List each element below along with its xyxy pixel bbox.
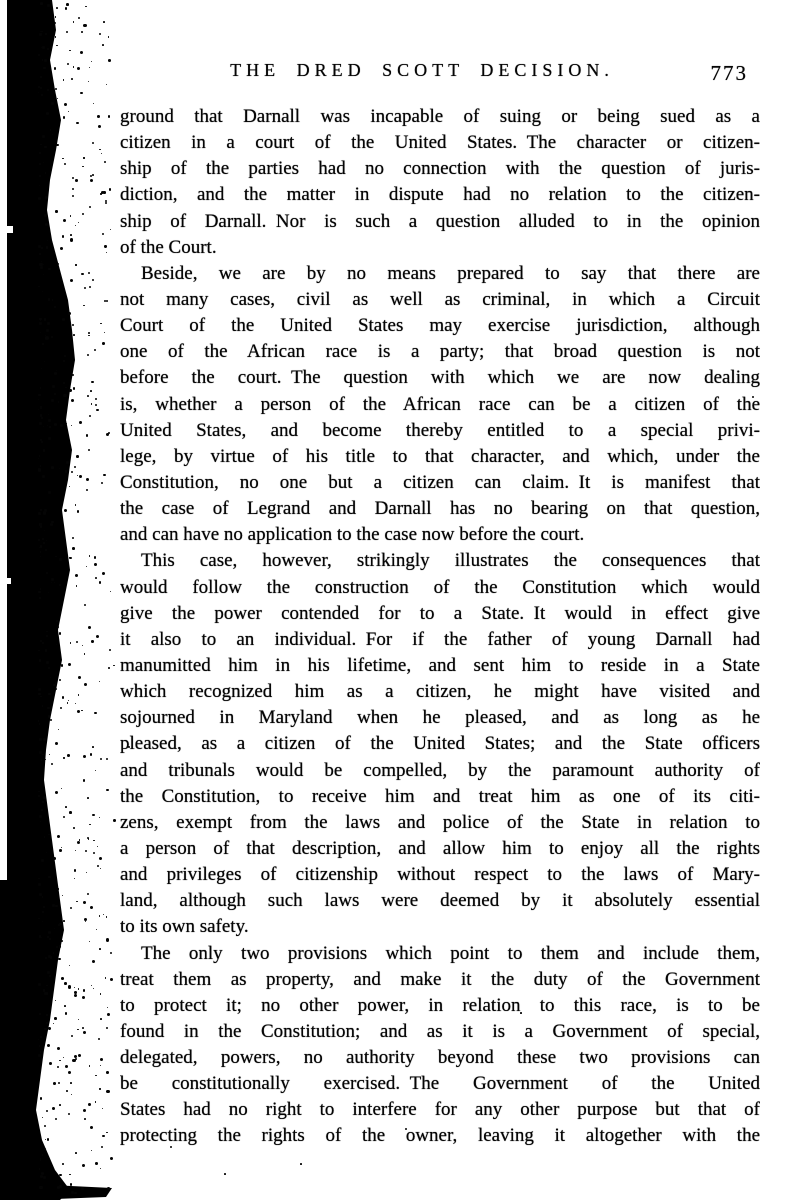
ink-speck xyxy=(47,707,49,709)
ink-speck xyxy=(98,125,101,128)
ink-speck xyxy=(101,153,102,154)
ink-speck xyxy=(93,840,95,842)
ink-speck xyxy=(57,98,58,99)
ink-speck xyxy=(44,59,47,62)
ink-speck xyxy=(78,694,79,695)
ink-speck xyxy=(101,1146,103,1148)
ink-speck xyxy=(40,509,42,511)
ink-speck xyxy=(108,115,111,118)
ink-speck xyxy=(74,994,77,997)
ink-speck xyxy=(88,626,91,629)
ink-speck xyxy=(48,414,50,416)
text-line: and privileges of citizenship without re… xyxy=(120,862,760,888)
ink-speck xyxy=(38,983,41,986)
ink-speck xyxy=(41,809,44,812)
ink-speck xyxy=(95,398,98,401)
ink-speck xyxy=(83,989,86,992)
ink-speck xyxy=(86,872,88,874)
ink-speck xyxy=(103,191,106,194)
ink-speck xyxy=(59,849,62,852)
ink-speck xyxy=(102,572,105,575)
ink-speck xyxy=(66,1090,68,1092)
scan-white-notch xyxy=(0,578,11,584)
ink-speck xyxy=(40,406,42,408)
ink-speck xyxy=(64,982,67,985)
ink-speck xyxy=(39,318,42,321)
ink-speck xyxy=(53,857,56,860)
ink-speck xyxy=(49,938,51,940)
ink-speck xyxy=(62,235,65,238)
ink-speck xyxy=(51,102,54,105)
ink-speck xyxy=(69,557,70,558)
ink-speck xyxy=(102,342,105,345)
ink-speck xyxy=(39,523,41,525)
ink-speck xyxy=(48,298,51,301)
text-line: give the power contended for to a State.… xyxy=(120,601,760,627)
ink-speck xyxy=(74,1192,77,1195)
ink-speck xyxy=(74,869,76,871)
ink-speck xyxy=(45,33,47,35)
ink-speck xyxy=(39,175,41,177)
ink-speck xyxy=(42,642,45,645)
ink-speck xyxy=(48,931,50,933)
ink-speck xyxy=(91,1150,92,1151)
ink-speck xyxy=(44,509,47,512)
ink-speck xyxy=(41,1172,44,1175)
ink-speck xyxy=(106,252,108,254)
ink-speck xyxy=(44,530,45,531)
ink-speck xyxy=(76,901,77,902)
ink-speck xyxy=(51,466,54,469)
ink-speck xyxy=(100,1058,103,1061)
text-line: manumitted him in his lifetime, and sent… xyxy=(120,653,760,679)
ink-speck xyxy=(59,1104,61,1106)
ink-speck xyxy=(73,66,75,68)
ink-speck xyxy=(40,821,41,822)
ink-speck xyxy=(48,955,51,958)
ink-speck xyxy=(45,172,47,174)
ink-speck xyxy=(58,729,59,730)
ink-speck xyxy=(39,322,42,325)
ink-speck xyxy=(110,591,111,592)
ink-speck xyxy=(75,504,77,506)
ink-speck xyxy=(39,253,41,255)
ink-speck xyxy=(106,84,107,85)
ink-speck xyxy=(99,915,101,917)
ink-speck xyxy=(54,423,57,426)
text-line: Constitution, no one but a citizen can c… xyxy=(120,470,760,496)
ink-speck xyxy=(55,791,58,794)
ink-speck xyxy=(91,61,92,62)
ink-speck xyxy=(73,827,75,829)
ink-speck xyxy=(47,971,50,974)
ink-speck xyxy=(42,801,43,802)
ink-speck xyxy=(75,264,76,265)
ink-speck xyxy=(42,896,44,898)
ink-speck xyxy=(51,578,54,581)
ink-speck xyxy=(40,1187,41,1188)
ink-speck xyxy=(52,1107,55,1110)
ink-speck xyxy=(74,1055,77,1058)
ink-speck xyxy=(90,179,93,182)
ink-speck xyxy=(58,888,60,890)
ink-speck xyxy=(56,946,58,948)
ink-speck xyxy=(59,679,61,681)
ink-speck xyxy=(42,59,44,61)
ink-speck xyxy=(40,465,42,467)
ink-speck xyxy=(78,1054,81,1057)
ink-speck xyxy=(107,1090,108,1091)
ink-speck xyxy=(77,841,80,844)
ink-speck xyxy=(87,837,89,839)
ink-speck xyxy=(104,332,105,333)
ink-speck xyxy=(39,455,40,456)
ink-speck xyxy=(94,563,97,566)
ink-speck xyxy=(63,382,66,385)
ink-speck xyxy=(87,395,89,397)
ink-speck xyxy=(40,1175,43,1178)
ink-speck xyxy=(104,245,106,247)
ink-speck xyxy=(81,1187,84,1190)
ink-speck xyxy=(62,895,63,896)
ink-speck xyxy=(106,758,108,760)
ink-speck xyxy=(76,641,78,643)
ink-speck xyxy=(42,46,45,49)
ink-speck xyxy=(42,135,45,138)
ink-speck xyxy=(48,834,49,835)
ink-speck xyxy=(87,893,89,895)
ink-speck xyxy=(48,693,51,696)
ink-speck xyxy=(47,240,48,241)
ink-speck xyxy=(39,893,42,896)
ink-speck xyxy=(59,558,62,561)
ink-speck xyxy=(53,952,54,953)
ink-speck xyxy=(65,387,67,389)
ink-speck xyxy=(40,144,42,146)
text-line: and tribunals would be compelled, by the… xyxy=(120,758,760,784)
text-line: be constitutionally exercised. The Gover… xyxy=(120,1071,760,1097)
ink-speck xyxy=(61,977,64,980)
ink-speck xyxy=(83,305,85,307)
ink-speck xyxy=(91,381,94,384)
ink-speck xyxy=(82,1027,84,1029)
ink-speck xyxy=(100,1168,101,1169)
ink-speck xyxy=(51,763,53,765)
text-line: land, although such laws were deemed by … xyxy=(120,888,760,914)
text-line: zens, exempt from the laws and police of… xyxy=(120,810,760,836)
ink-speck xyxy=(105,202,107,204)
ink-speck xyxy=(98,1038,100,1040)
ink-speck xyxy=(54,928,55,929)
ink-speck xyxy=(41,47,42,48)
ink-speck xyxy=(42,911,45,914)
ink-speck xyxy=(89,1065,91,1067)
ink-speck xyxy=(79,421,82,424)
ink-speck xyxy=(75,703,76,704)
ink-speck xyxy=(87,354,89,356)
ink-speck xyxy=(38,286,40,288)
ink-speck xyxy=(44,1148,46,1150)
ink-speck xyxy=(110,229,112,231)
ink-speck xyxy=(99,857,102,860)
ink-speck xyxy=(43,426,44,427)
ink-speck xyxy=(90,753,92,755)
ink-speck xyxy=(45,549,47,551)
ink-speck xyxy=(100,758,102,760)
ink-speck xyxy=(110,952,112,954)
ink-speck xyxy=(49,975,52,978)
ink-speck xyxy=(70,279,73,282)
ink-speck xyxy=(79,475,82,478)
ink-speck xyxy=(72,188,74,190)
ink-speck xyxy=(82,645,83,646)
ink-speck xyxy=(59,632,62,635)
ink-speck xyxy=(40,87,42,89)
ink-speck xyxy=(76,455,79,458)
ink-speck xyxy=(40,76,42,78)
ink-speck xyxy=(49,754,50,755)
ink-speck xyxy=(90,175,93,178)
ink-speck xyxy=(84,604,86,606)
ink-speck xyxy=(57,1066,59,1068)
ink-speck xyxy=(59,468,61,470)
ink-speck xyxy=(48,419,51,422)
ink-speck xyxy=(71,78,73,80)
ink-speck xyxy=(60,707,63,710)
ink-speck xyxy=(92,174,94,176)
ink-speck xyxy=(43,264,44,265)
ink-speck xyxy=(72,1059,75,1062)
text-line: would follow the construction of the Con… xyxy=(120,575,760,601)
ink-speck xyxy=(40,556,41,557)
ink-speck xyxy=(44,361,45,362)
ink-speck xyxy=(54,306,56,308)
ink-speck xyxy=(66,3,69,6)
page-title: THE DRED SCOTT DECISION. xyxy=(102,60,742,81)
ink-speck xyxy=(77,710,80,713)
ink-speck xyxy=(105,977,106,978)
ink-speck xyxy=(39,33,42,36)
ink-speck xyxy=(81,710,82,711)
ink-speck xyxy=(41,33,43,35)
ink-speck xyxy=(48,667,50,669)
ink-speck xyxy=(65,1065,68,1068)
ink-speck xyxy=(76,122,79,125)
paragraph: Beside, we are by no means prepared to s… xyxy=(120,261,760,549)
ink-speck xyxy=(70,642,72,644)
ink-speck xyxy=(62,1163,64,1165)
ink-speck xyxy=(59,584,61,586)
ink-speck xyxy=(101,482,103,484)
text-line: This case, however, strikingly illustrat… xyxy=(120,548,760,574)
ink-speck xyxy=(38,512,41,515)
ink-speck xyxy=(57,626,59,628)
ink-speck xyxy=(52,904,55,907)
ink-speck xyxy=(56,144,59,147)
ink-speck xyxy=(57,1047,60,1050)
ink-speck xyxy=(39,547,41,549)
ink-speck xyxy=(61,940,63,942)
ink-speck xyxy=(94,556,97,559)
ink-speck xyxy=(63,1057,64,1058)
ink-speck xyxy=(38,650,40,652)
ink-speck xyxy=(38,197,41,200)
ink-speck xyxy=(42,921,44,923)
ink-speck xyxy=(63,360,65,362)
ink-speck xyxy=(86,566,87,567)
ink-speck xyxy=(46,852,47,853)
ink-speck xyxy=(55,682,56,683)
ink-speck xyxy=(38,539,40,541)
ink-speck xyxy=(40,387,42,389)
ink-speck xyxy=(91,985,92,986)
ink-speck xyxy=(107,1013,110,1016)
ink-speck xyxy=(92,960,95,963)
ink-speck xyxy=(38,1054,41,1057)
ink-speck xyxy=(51,521,54,524)
ink-speck xyxy=(93,988,95,990)
ink-speck xyxy=(40,414,43,417)
ink-speck xyxy=(48,592,49,593)
ink-speck xyxy=(40,2,43,5)
paragraph: This case, however, strikingly illustrat… xyxy=(120,548,760,940)
ink-speck xyxy=(99,817,101,819)
ink-speck xyxy=(89,941,90,942)
ink-speck xyxy=(102,44,104,46)
ink-speck xyxy=(42,291,44,293)
ink-speck xyxy=(55,210,57,212)
ink-speck xyxy=(39,1013,41,1015)
page-number: 773 xyxy=(711,61,749,86)
text-line: treat them as property, and make it the … xyxy=(120,967,760,993)
ink-speck xyxy=(109,188,112,191)
text-line: one of the African race is a party; that… xyxy=(120,339,760,365)
ink-speck xyxy=(70,907,72,909)
ink-speck xyxy=(64,1005,66,1007)
ink-speck xyxy=(104,300,106,302)
ink-speck xyxy=(78,988,79,989)
ink-speck xyxy=(71,399,74,402)
ink-speck xyxy=(41,441,43,443)
ink-speck xyxy=(47,89,49,91)
ink-speck xyxy=(56,45,58,47)
ink-speck xyxy=(69,965,70,966)
ink-speck xyxy=(99,149,101,151)
ink-speck xyxy=(38,720,39,721)
ink-speck xyxy=(100,193,101,194)
ink-speck xyxy=(40,1160,41,1161)
ink-speck xyxy=(40,1036,42,1038)
ink-speck xyxy=(63,757,64,758)
ink-speck xyxy=(80,92,82,94)
ink-speck xyxy=(95,770,96,771)
ink-speck xyxy=(41,759,43,761)
ink-speck xyxy=(72,177,75,180)
ink-speck xyxy=(62,158,64,160)
ink-speck xyxy=(69,557,72,560)
ink-speck xyxy=(92,279,94,281)
ink-speck xyxy=(70,1082,72,1084)
ink-speck xyxy=(50,719,52,721)
ink-speck xyxy=(91,403,93,405)
ink-speck xyxy=(56,620,58,622)
ink-speck xyxy=(46,985,48,987)
ink-speck xyxy=(52,385,55,388)
ink-speck xyxy=(46,635,48,637)
ink-speck xyxy=(92,142,94,144)
ink-speck xyxy=(64,509,67,512)
ink-speck xyxy=(72,537,74,539)
ink-speck xyxy=(55,556,56,557)
ink-speck xyxy=(43,989,46,992)
ink-speck xyxy=(42,538,44,540)
ink-speck xyxy=(83,24,86,27)
ink-speck xyxy=(39,815,42,818)
ink-speck xyxy=(48,437,51,440)
text-line: ship of Darnall. Nor is such a question … xyxy=(120,209,760,235)
ink-speck xyxy=(84,1118,86,1120)
ink-speck xyxy=(90,1126,93,1129)
ink-speck xyxy=(71,1094,72,1095)
ink-speck xyxy=(45,649,47,651)
ink-speck xyxy=(40,266,43,269)
text-line: which recognized him as a citizen, he mi… xyxy=(120,679,760,705)
ink-speck xyxy=(39,597,41,599)
ink-speck xyxy=(39,185,40,186)
ink-speck xyxy=(96,635,99,638)
ink-speck xyxy=(41,859,44,862)
ink-speck xyxy=(104,161,106,163)
ink-speck xyxy=(38,468,39,469)
ink-speck xyxy=(38,688,41,691)
ink-speck xyxy=(43,274,44,275)
ink-speck xyxy=(42,754,44,756)
text-line: to protect it; no other power, in relati… xyxy=(120,993,760,1019)
ink-speck xyxy=(95,1075,97,1077)
ink-speck xyxy=(52,134,53,135)
ink-speck xyxy=(88,838,90,840)
ink-speck xyxy=(41,417,43,419)
ink-speck xyxy=(100,1065,101,1066)
ink-speck xyxy=(108,432,110,434)
ink-speck xyxy=(84,287,86,289)
ink-speck xyxy=(40,640,42,642)
ink-speck xyxy=(85,6,87,8)
ink-speck xyxy=(90,390,92,392)
ink-speck xyxy=(67,702,69,704)
ink-speck xyxy=(66,423,67,424)
ink-speck xyxy=(38,591,41,594)
ink-speck xyxy=(74,991,77,994)
ink-speck xyxy=(85,921,87,923)
ink-speck xyxy=(74,878,75,879)
ink-speck xyxy=(39,152,41,154)
ink-speck xyxy=(100,323,102,325)
ink-speck xyxy=(46,329,49,332)
ink-speck xyxy=(69,389,71,391)
ink-speck xyxy=(106,433,109,436)
ink-speck xyxy=(83,1109,86,1112)
ink-speck xyxy=(65,1012,67,1014)
ink-speck xyxy=(78,222,79,223)
ink-speck xyxy=(113,819,116,822)
ink-speck xyxy=(50,956,53,959)
ink-speck xyxy=(106,916,107,917)
ink-speck xyxy=(43,1176,46,1179)
ink-speck xyxy=(72,547,75,550)
ink-speck xyxy=(46,1014,48,1016)
ink-speck xyxy=(62,696,65,699)
